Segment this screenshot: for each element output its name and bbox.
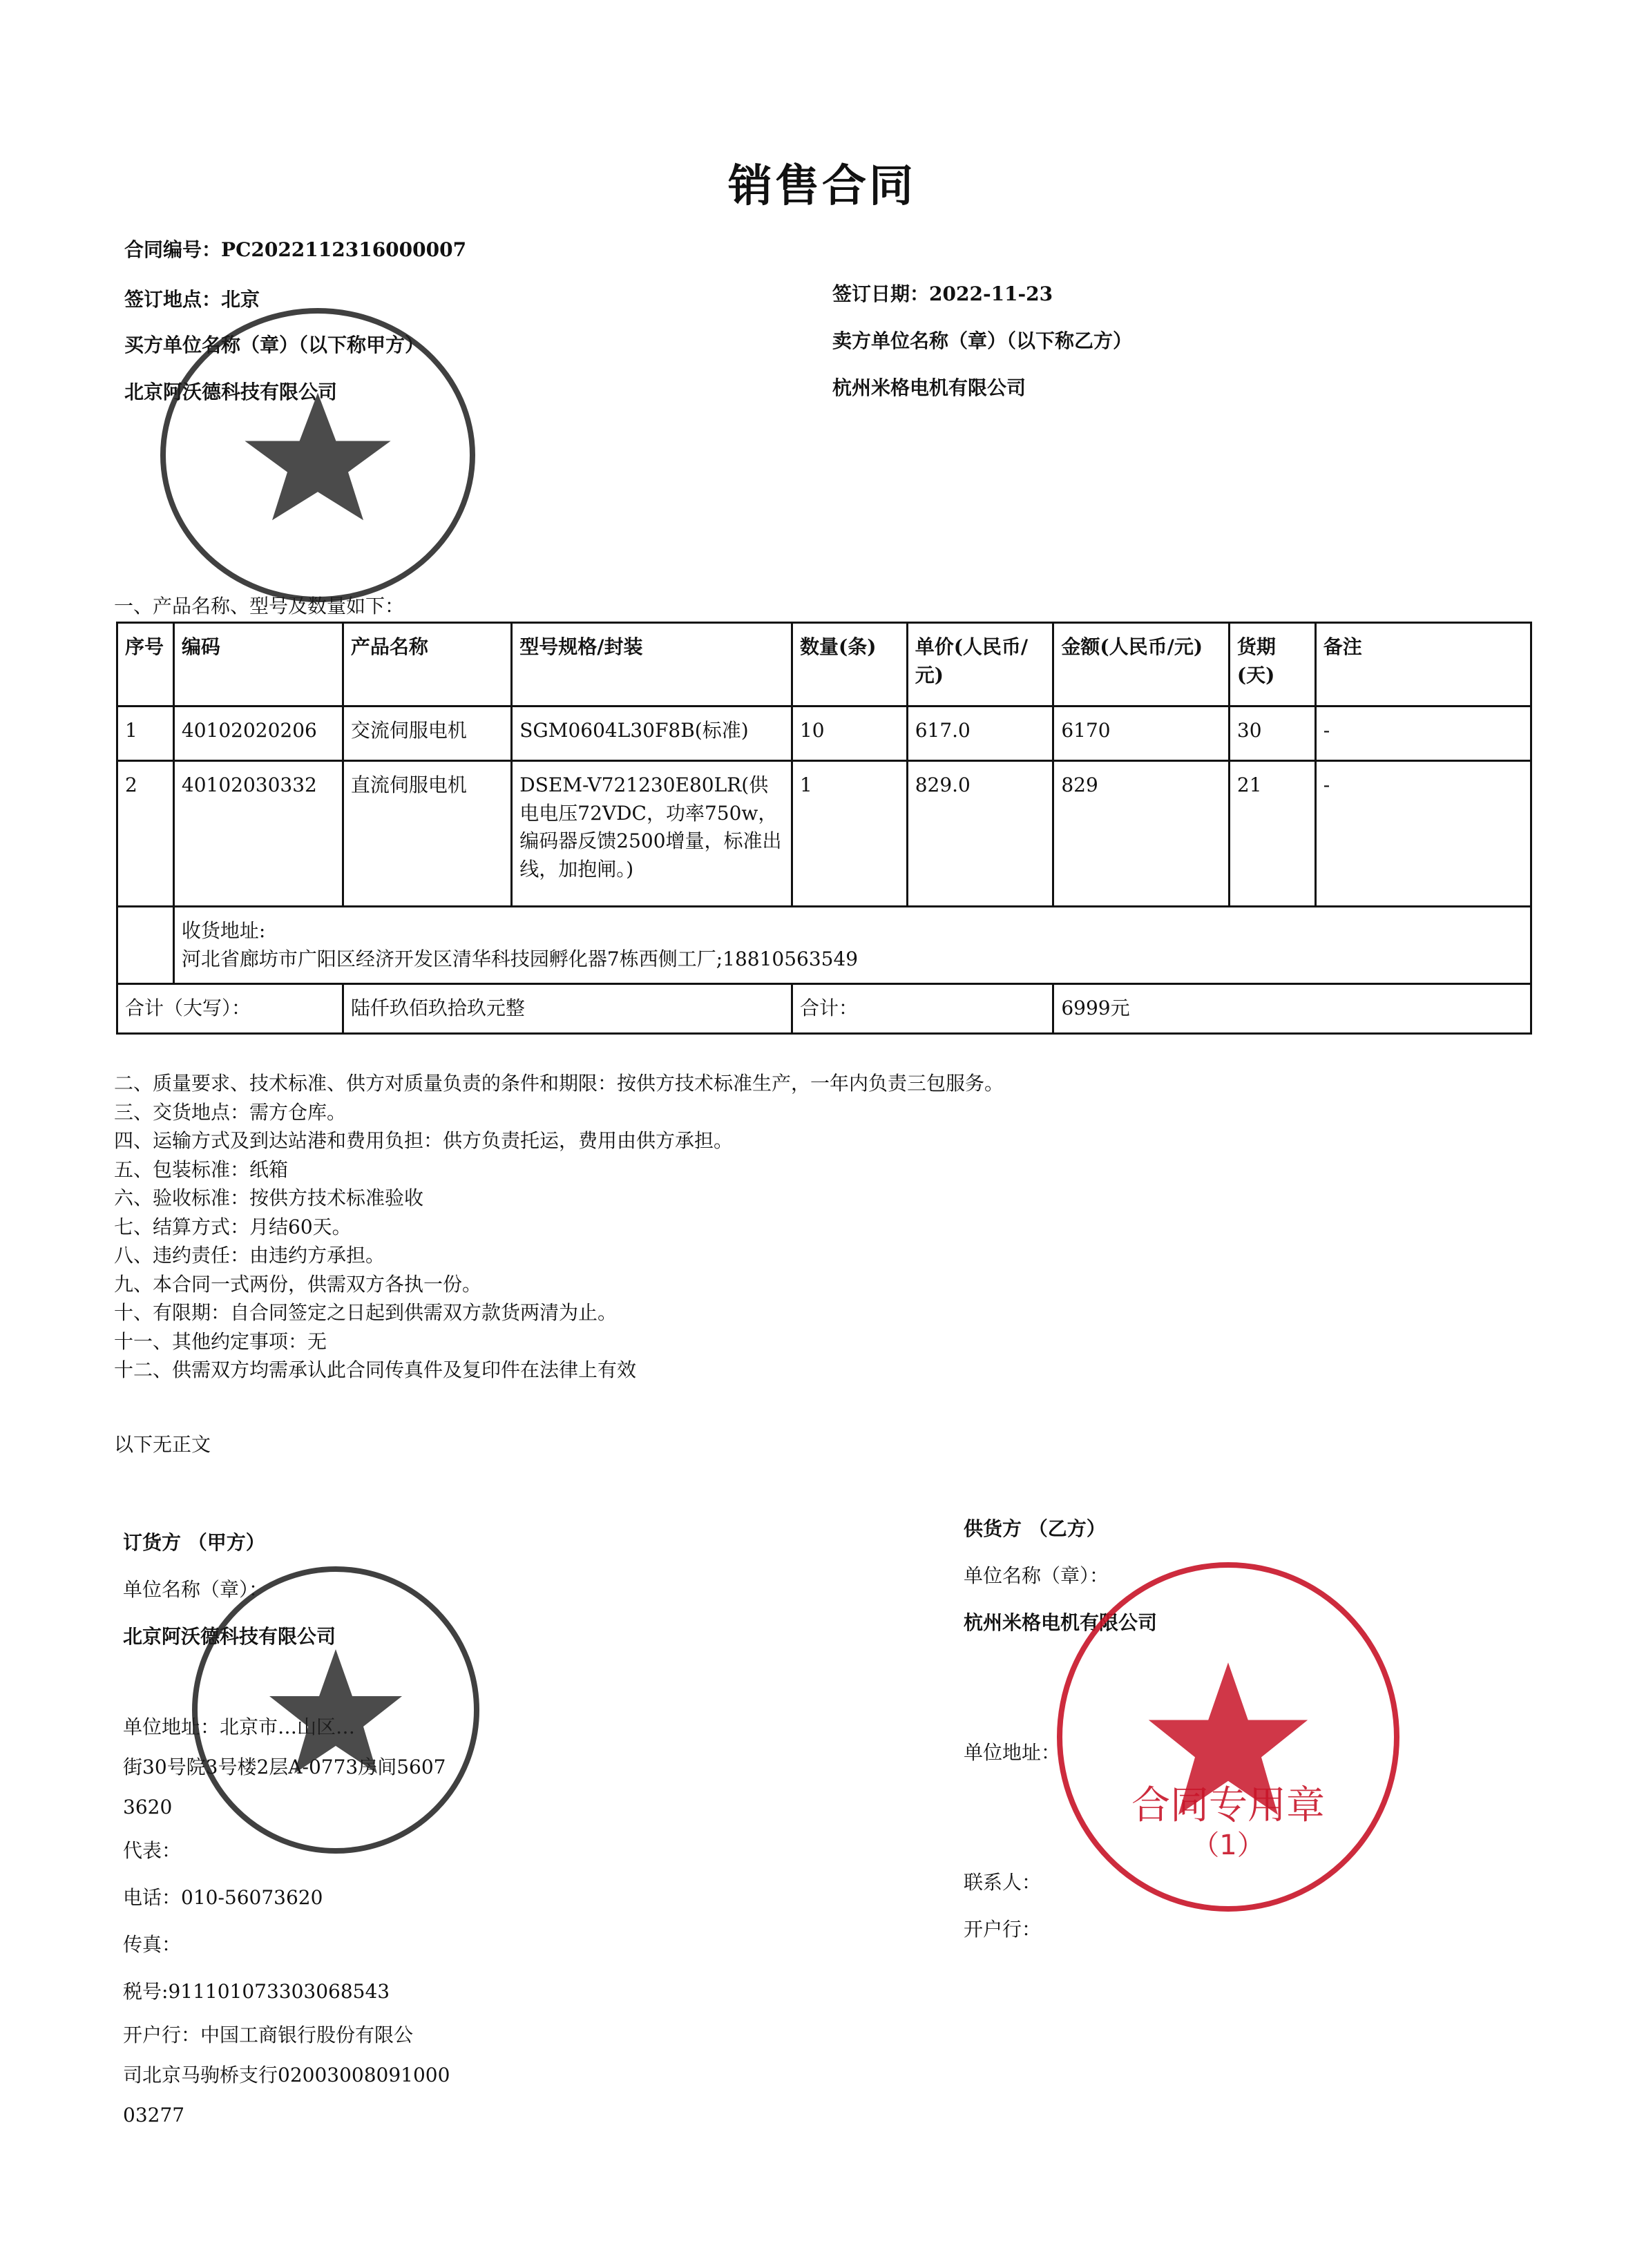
seller-seal-subtitle: 合同专用章 bbox=[1062, 1775, 1394, 1830]
cell-name: 直流伺服电机 bbox=[343, 761, 511, 907]
clause-11: 十一、其他约定事项：无 bbox=[114, 1327, 1004, 1356]
header-name: 产品名称 bbox=[343, 623, 511, 707]
star-icon bbox=[198, 1572, 474, 1848]
cell-qty: 1 bbox=[792, 761, 907, 907]
cell-code: 40102020206 bbox=[173, 707, 343, 761]
buyer-bank-label: 开户行： bbox=[123, 2024, 200, 2046]
cell-amount: 829 bbox=[1053, 761, 1230, 907]
clauses-list: 二、质量要求、技术标准、供方对质量负责的条件和期限：按供方技术标准生产，一年内负… bbox=[114, 1069, 1004, 1385]
cell-lead-days: 30 bbox=[1229, 707, 1315, 761]
table-header-row: 序号 编码 产品名称 型号规格/封装 数量(条) 单价(人民币/元) 金额(人民… bbox=[117, 623, 1531, 707]
buyer-seal-top bbox=[160, 308, 475, 602]
header-unit-price: 单价(人民币/元) bbox=[907, 623, 1053, 707]
document-title: 销售合同 bbox=[0, 151, 1644, 214]
total-words-label: 合计（大写）： bbox=[117, 984, 343, 1034]
star-icon bbox=[166, 314, 470, 597]
cell-amount: 6170 bbox=[1053, 707, 1230, 761]
total-row: 合计（大写）： 陆仟玖佰玖拾玖元整 合计： 6999元 bbox=[117, 984, 1531, 1034]
cell-code: 40102030332 bbox=[173, 761, 343, 907]
cell-unit-price: 617.0 bbox=[907, 707, 1053, 761]
total-amount: 6999元 bbox=[1053, 984, 1531, 1034]
cell-qty: 10 bbox=[792, 707, 907, 761]
cell-remark: - bbox=[1315, 707, 1531, 761]
cell-seq: 1 bbox=[117, 707, 174, 761]
contract-number-value: PC2022112316000007 bbox=[221, 238, 466, 261]
cell-remark: - bbox=[1315, 761, 1531, 907]
clause-9: 九、本合同一式两份，供需双方各执一份。 bbox=[114, 1270, 1004, 1299]
header-model: 型号规格/封装 bbox=[512, 623, 792, 707]
clause-4: 四、运输方式及到达站港和费用负担：供方负责托运，费用由供方承担。 bbox=[114, 1126, 1004, 1155]
buyer-phone: 010-56073620 bbox=[181, 1886, 323, 1909]
clause-2: 二、质量要求、技术标准、供方对质量负责的条件和期限：按供方技术标准生产，一年内负… bbox=[114, 1069, 1004, 1098]
clause-6: 六、验收标准：按供方技术标准验收 bbox=[114, 1184, 1004, 1213]
buyer-bank-line1: 中国工商银行股份有限公 bbox=[200, 2024, 413, 2046]
header-amount: 金额(人民币/元) bbox=[1053, 623, 1230, 707]
clause-12: 十二、供需双方均需承认此合同传真件及复印件在法律上有效 bbox=[114, 1356, 1004, 1385]
cell-name: 交流伺服电机 bbox=[343, 707, 511, 761]
sign-date-value: 2022-11-23 bbox=[929, 282, 1053, 305]
delivery-address: 河北省廊坊市广阳区经济开发区清华科技园孵化器7栋西侧工厂;18810563549 bbox=[182, 945, 1523, 974]
cell-seq: 2 bbox=[117, 761, 174, 907]
buyer-bank-line2: 司北京马驹桥支行02003008091000 bbox=[123, 2055, 450, 2095]
total-label: 合计： bbox=[792, 984, 1053, 1034]
buyer-phone-label: 电话： bbox=[123, 1886, 181, 1909]
seller-bank-label: 开户行： bbox=[964, 1906, 1157, 1953]
buyer-tax-label: 税号: bbox=[123, 1980, 168, 2003]
contract-number-label: 合同编号： bbox=[124, 238, 221, 261]
cell-lead-days: 21 bbox=[1229, 761, 1315, 907]
sign-date: 签订日期：2022-11-23 bbox=[832, 279, 1053, 307]
header-qty: 数量(条) bbox=[792, 623, 907, 707]
product-table: 序号 编码 产品名称 型号规格/封装 数量(条) 单价(人民币/元) 金额(人民… bbox=[116, 622, 1532, 1035]
header-code: 编码 bbox=[173, 623, 343, 707]
header-lead-days: 货期(天) bbox=[1229, 623, 1315, 707]
total-words: 陆仟玖佰玖拾玖元整 bbox=[343, 984, 792, 1034]
table-row: 1 40102020206 交流伺服电机 SGM0604L30F8B(标准) 1… bbox=[117, 707, 1531, 761]
sign-place-label: 签订地点： bbox=[124, 288, 221, 311]
cell-model: SGM0604L30F8B(标准) bbox=[512, 707, 792, 761]
buyer-seal-bottom bbox=[192, 1566, 479, 1854]
clause-8: 八、违约责任：由违约方承担。 bbox=[114, 1241, 1004, 1270]
seller-seal-index: （1） bbox=[1062, 1823, 1394, 1863]
seller-heading: 卖方单位名称（章）（以下称乙方） bbox=[832, 326, 1132, 354]
header-remark: 备注 bbox=[1315, 623, 1531, 707]
seller-name: 杭州米格电机有限公司 bbox=[832, 373, 1026, 401]
delivery-address-label: 收货地址: bbox=[182, 917, 1523, 945]
cell-unit-price: 829.0 bbox=[907, 761, 1053, 907]
buyer-fax-label: 传真： bbox=[123, 1921, 450, 1968]
table-row: 2 40102030332 直流伺服电机 DSEM-V721230E80LR(供… bbox=[117, 761, 1531, 907]
clause-7: 七、结算方式：月结60天。 bbox=[114, 1213, 1004, 1242]
header-seq: 序号 bbox=[117, 623, 174, 707]
sign-place: 签订地点：北京 bbox=[124, 285, 260, 312]
cell-model: DSEM-V721230E80LR(供电电压72VDC，功率750w，编码器反馈… bbox=[512, 761, 792, 907]
clause-10: 十、有限期：自合同签定之日起到供需双方款货两清为止。 bbox=[114, 1298, 1004, 1327]
sign-date-label: 签订日期： bbox=[832, 282, 929, 305]
contract-number: 合同编号：PC2022112316000007 bbox=[124, 235, 466, 262]
seller-block-heading: 供货方 （乙方） bbox=[964, 1506, 1157, 1553]
delivery-address-row: 收货地址: 河北省廊坊市广阳区经济开发区清华科技园孵化器7栋西侧工厂;18810… bbox=[117, 907, 1531, 984]
end-note: 以下无正文 bbox=[114, 1430, 211, 1457]
seller-seal: 合同专用章 （1） bbox=[1057, 1562, 1399, 1912]
sign-place-value: 北京 bbox=[221, 288, 260, 311]
buyer-block-heading: 订货方 （甲方） bbox=[123, 1519, 450, 1566]
clause-5: 五、包装标准：纸箱 bbox=[114, 1155, 1004, 1184]
buyer-tax-no: 91110107330306854​3 bbox=[168, 1980, 390, 2003]
clause-3: 三、交货地点：需方仓库。 bbox=[114, 1098, 1004, 1127]
delivery-address-cell: 收货地址: 河北省廊坊市广阳区经济开发区清华科技园孵化器7栋西侧工厂;18810… bbox=[173, 907, 1531, 984]
buyer-bank-line3: 03277 bbox=[123, 2095, 450, 2135]
